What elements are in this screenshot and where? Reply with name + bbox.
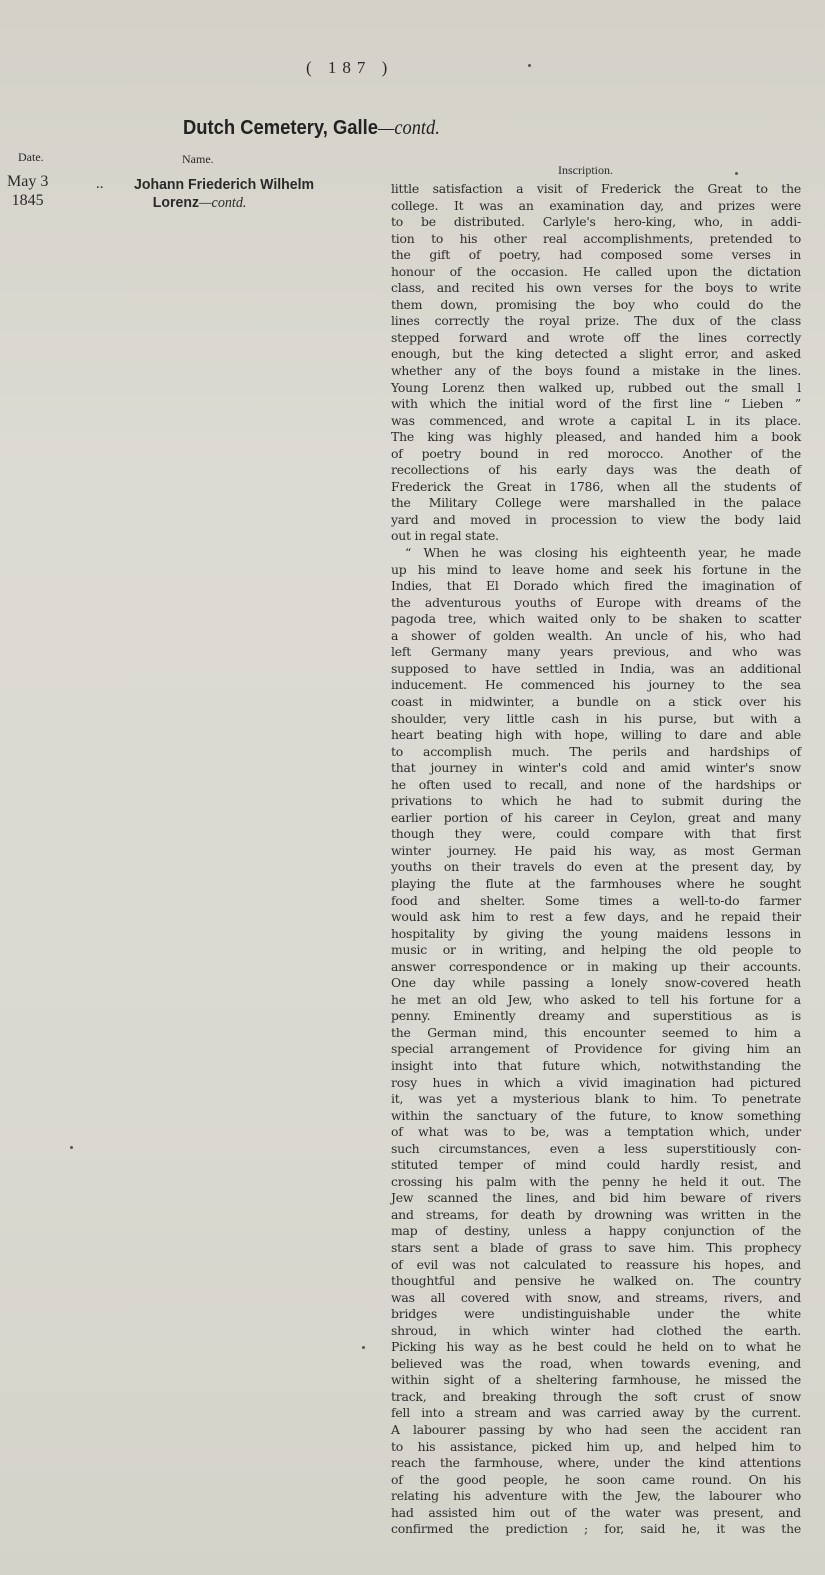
inscription-line: to accomplish much. The perils and hards… bbox=[391, 744, 801, 761]
inscription-line: privations to which he had to submit dur… bbox=[391, 793, 801, 810]
column-header-name: Name. bbox=[182, 152, 214, 167]
inscription-line: pagoda tree, which waited only to be sha… bbox=[391, 611, 801, 628]
inscription-line: insight into that future which, notwiths… bbox=[391, 1058, 801, 1075]
inscription-line: believed was the road, when towards even… bbox=[391, 1356, 801, 1373]
inscription-line: reach the farmhouse, where, under the ki… bbox=[391, 1455, 801, 1472]
inscription-line: them down, promising the boy who could d… bbox=[391, 297, 801, 314]
inscription-line: was commenced, and wrote a capital L in … bbox=[391, 413, 801, 430]
inscription-line: though they were, could compare with tha… bbox=[391, 826, 801, 843]
inscription-line: to his assistance, picked him up, and he… bbox=[391, 1439, 801, 1456]
inscription-line: relating his adventure with the Jew, the… bbox=[391, 1488, 801, 1505]
inscription-line: A labourer passing by who had seen the a… bbox=[391, 1422, 801, 1439]
inscription-line: Jew scanned the lines, and bid him bewar… bbox=[391, 1190, 801, 1207]
entry-name-suffix: —contd. bbox=[199, 195, 246, 211]
inscription-line: such circumstances, even a less supersti… bbox=[391, 1141, 801, 1158]
inscription-line: thoughtful and pensive he walked on. The… bbox=[391, 1273, 801, 1290]
inscription-line: rosy hues in which a vivid imagination h… bbox=[391, 1075, 801, 1092]
inscription-line: tion to his other real accomplishments, … bbox=[391, 231, 801, 248]
inscription-line: had assisted him out of the water was pr… bbox=[391, 1505, 801, 1522]
entry-date-year: 1845 bbox=[7, 191, 48, 210]
inscription-line: of poetry bound in red morocco. Another … bbox=[391, 446, 801, 463]
inscription-line: confirmed the prediction ; for, said he,… bbox=[391, 1521, 801, 1538]
inscription-line: supposed to have settled in India, was a… bbox=[391, 661, 801, 678]
entry-date: May 3 1845 bbox=[7, 172, 48, 210]
paper-speck bbox=[362, 1346, 365, 1349]
inscription-line: earlier portion of his career in Ceylon,… bbox=[391, 810, 801, 827]
inscription-line: stepped forward and wrote off the lines … bbox=[391, 330, 801, 347]
inscription-line: crossing his palm with the penny he held… bbox=[391, 1174, 801, 1191]
inscription-line: music or in writing, and helping the old… bbox=[391, 942, 801, 959]
inscription-line: stituted temper of mind could hardly res… bbox=[391, 1157, 801, 1174]
inscription-line: he met an old Jew, who asked to tell his… bbox=[391, 992, 801, 1009]
section-title: Dutch Cemetery, Galle—contd. bbox=[183, 117, 440, 140]
inscription-line: hospitality by giving the young maidens … bbox=[391, 926, 801, 943]
inscription-line: it, was yet a mysterious blank to him. T… bbox=[391, 1091, 801, 1108]
inscription-line: shroud, in which winter had clothed the … bbox=[391, 1323, 801, 1340]
inscription-line: and streams, for death by drowning was w… bbox=[391, 1207, 801, 1224]
inscription-line: that journey in winter's cold and amid w… bbox=[391, 760, 801, 777]
inscription-line: lines correctly the royal prize. The dux… bbox=[391, 313, 801, 330]
inscription-line: the Military College were marshalled in … bbox=[391, 495, 801, 512]
section-title-text: Dutch Cemetery, Galle bbox=[183, 117, 378, 139]
inscription-line: inducement. He commenced his journey to … bbox=[391, 677, 801, 694]
inscription-line: the German mind, this encounter seemed t… bbox=[391, 1025, 801, 1042]
inscription-line: recollections of his early days was the … bbox=[391, 462, 801, 479]
section-title-suffix: —contd. bbox=[378, 117, 440, 139]
inscription-line: little satisfaction a visit of Frederick… bbox=[391, 181, 801, 198]
inscription-line: college. It was an examination day, and … bbox=[391, 198, 801, 215]
inscription-line: coast in midwinter, a bundle on a stick … bbox=[391, 694, 801, 711]
inscription-line: left Germany many years previous, and wh… bbox=[391, 644, 801, 661]
inscription-line: to be distributed. Carlyle's hero-king, … bbox=[391, 214, 801, 231]
inscription-line: bridges were undistinguishable under the… bbox=[391, 1306, 801, 1323]
inscription-line: with which the initial word of the first… bbox=[391, 396, 801, 413]
inscription-line: of evil was not calculated to reassure h… bbox=[391, 1257, 801, 1274]
paper-speck bbox=[528, 64, 531, 67]
inscription-line: winter journey. He paid his way, as most… bbox=[391, 843, 801, 860]
inscription-line: of what was to be, was a temptation whic… bbox=[391, 1124, 801, 1141]
inscription-line: youths on their travels do even at the p… bbox=[391, 859, 801, 876]
paper-speck bbox=[735, 172, 738, 175]
entry-date-day: May 3 bbox=[7, 172, 48, 191]
inscription-line: Frederick the Great in 1786, when all th… bbox=[391, 479, 801, 496]
inscription-line: within the sanctuary of the future, to k… bbox=[391, 1108, 801, 1125]
inscription-line: the gift of poetry, had composed some ve… bbox=[391, 247, 801, 264]
inscription-line: food and shelter. Some times a well-to-d… bbox=[391, 893, 801, 910]
inscription-line: up his mind to leave home and seek his f… bbox=[391, 562, 801, 579]
inscription-line: yard and moved in procession to view the… bbox=[391, 512, 801, 529]
inscription-line: would ask him to rest a few days, and he… bbox=[391, 909, 801, 926]
inscription-line: playing the flute at the farmhouses wher… bbox=[391, 876, 801, 893]
page-number: ( 187 ) bbox=[306, 58, 393, 78]
inscription-line: the adventurous youths of Europe with dr… bbox=[391, 595, 801, 612]
inscription-line: shoulder, very little cash in his purse,… bbox=[391, 711, 801, 728]
inscription-text: little satisfaction a visit of Frederick… bbox=[391, 181, 801, 1538]
inscription-line: class, and recited his own verses for th… bbox=[391, 280, 801, 297]
inscription-line: within sight of a sheltering farmhouse, … bbox=[391, 1372, 801, 1389]
inscription-line: Picking his way as he best could he held… bbox=[391, 1339, 801, 1356]
inscription-line: special arrangement of Providence for gi… bbox=[391, 1041, 801, 1058]
inscription-line: a shower of golden wealth. An uncle of h… bbox=[391, 628, 801, 645]
inscription-line: answer correspondence or in making up th… bbox=[391, 959, 801, 976]
entry-name-line1: Johann Friederich Wilhelm bbox=[134, 176, 314, 193]
inscription-line: heart beating high with hope, willing to… bbox=[391, 727, 801, 744]
inscription-line: Young Lorenz then walked up, rubbed out … bbox=[391, 380, 801, 397]
entry-leader: .. bbox=[96, 176, 104, 193]
entry-name: Johann Friederich Wilhelm Lorenz—contd. bbox=[134, 176, 314, 212]
inscription-line: track, and breaking through the soft cru… bbox=[391, 1389, 801, 1406]
inscription-line: One day while passing a lonely snow-cove… bbox=[391, 975, 801, 992]
inscription-line: he often used to recall, and none of the… bbox=[391, 777, 801, 794]
column-header-inscription: Inscription. bbox=[558, 163, 613, 178]
inscription-line: “ When he was closing his eighteenth yea… bbox=[391, 545, 801, 562]
inscription-line: fell into a stream and was carried away … bbox=[391, 1405, 801, 1422]
inscription-line: whether any of the boys found a mistake … bbox=[391, 363, 801, 380]
inscription-line: enough, but the king detected a slight e… bbox=[391, 346, 801, 363]
inscription-line: was all covered with snow, and streams, … bbox=[391, 1290, 801, 1307]
entry-name-line2: Lorenz—contd. bbox=[134, 194, 314, 212]
inscription-line: of the good people, he soon came round. … bbox=[391, 1472, 801, 1489]
inscription-line: stars sent a blade of grass to save him.… bbox=[391, 1240, 801, 1257]
entry-surname: Lorenz bbox=[153, 194, 199, 211]
inscription-line: Indies, that El Dorado which fired the i… bbox=[391, 578, 801, 595]
inscription-line: out in regal state. bbox=[391, 528, 801, 545]
column-header-date: Date. bbox=[18, 150, 44, 165]
inscription-line: The king was highly pleased, and handed … bbox=[391, 429, 801, 446]
inscription-line: penny. Eminently dreamy and superstitiou… bbox=[391, 1008, 801, 1025]
paper-speck bbox=[70, 1146, 73, 1149]
inscription-line: map of destiny, unless a happy conjuncti… bbox=[391, 1223, 801, 1240]
inscription-line: honour of the occasion. He called upon t… bbox=[391, 264, 801, 281]
